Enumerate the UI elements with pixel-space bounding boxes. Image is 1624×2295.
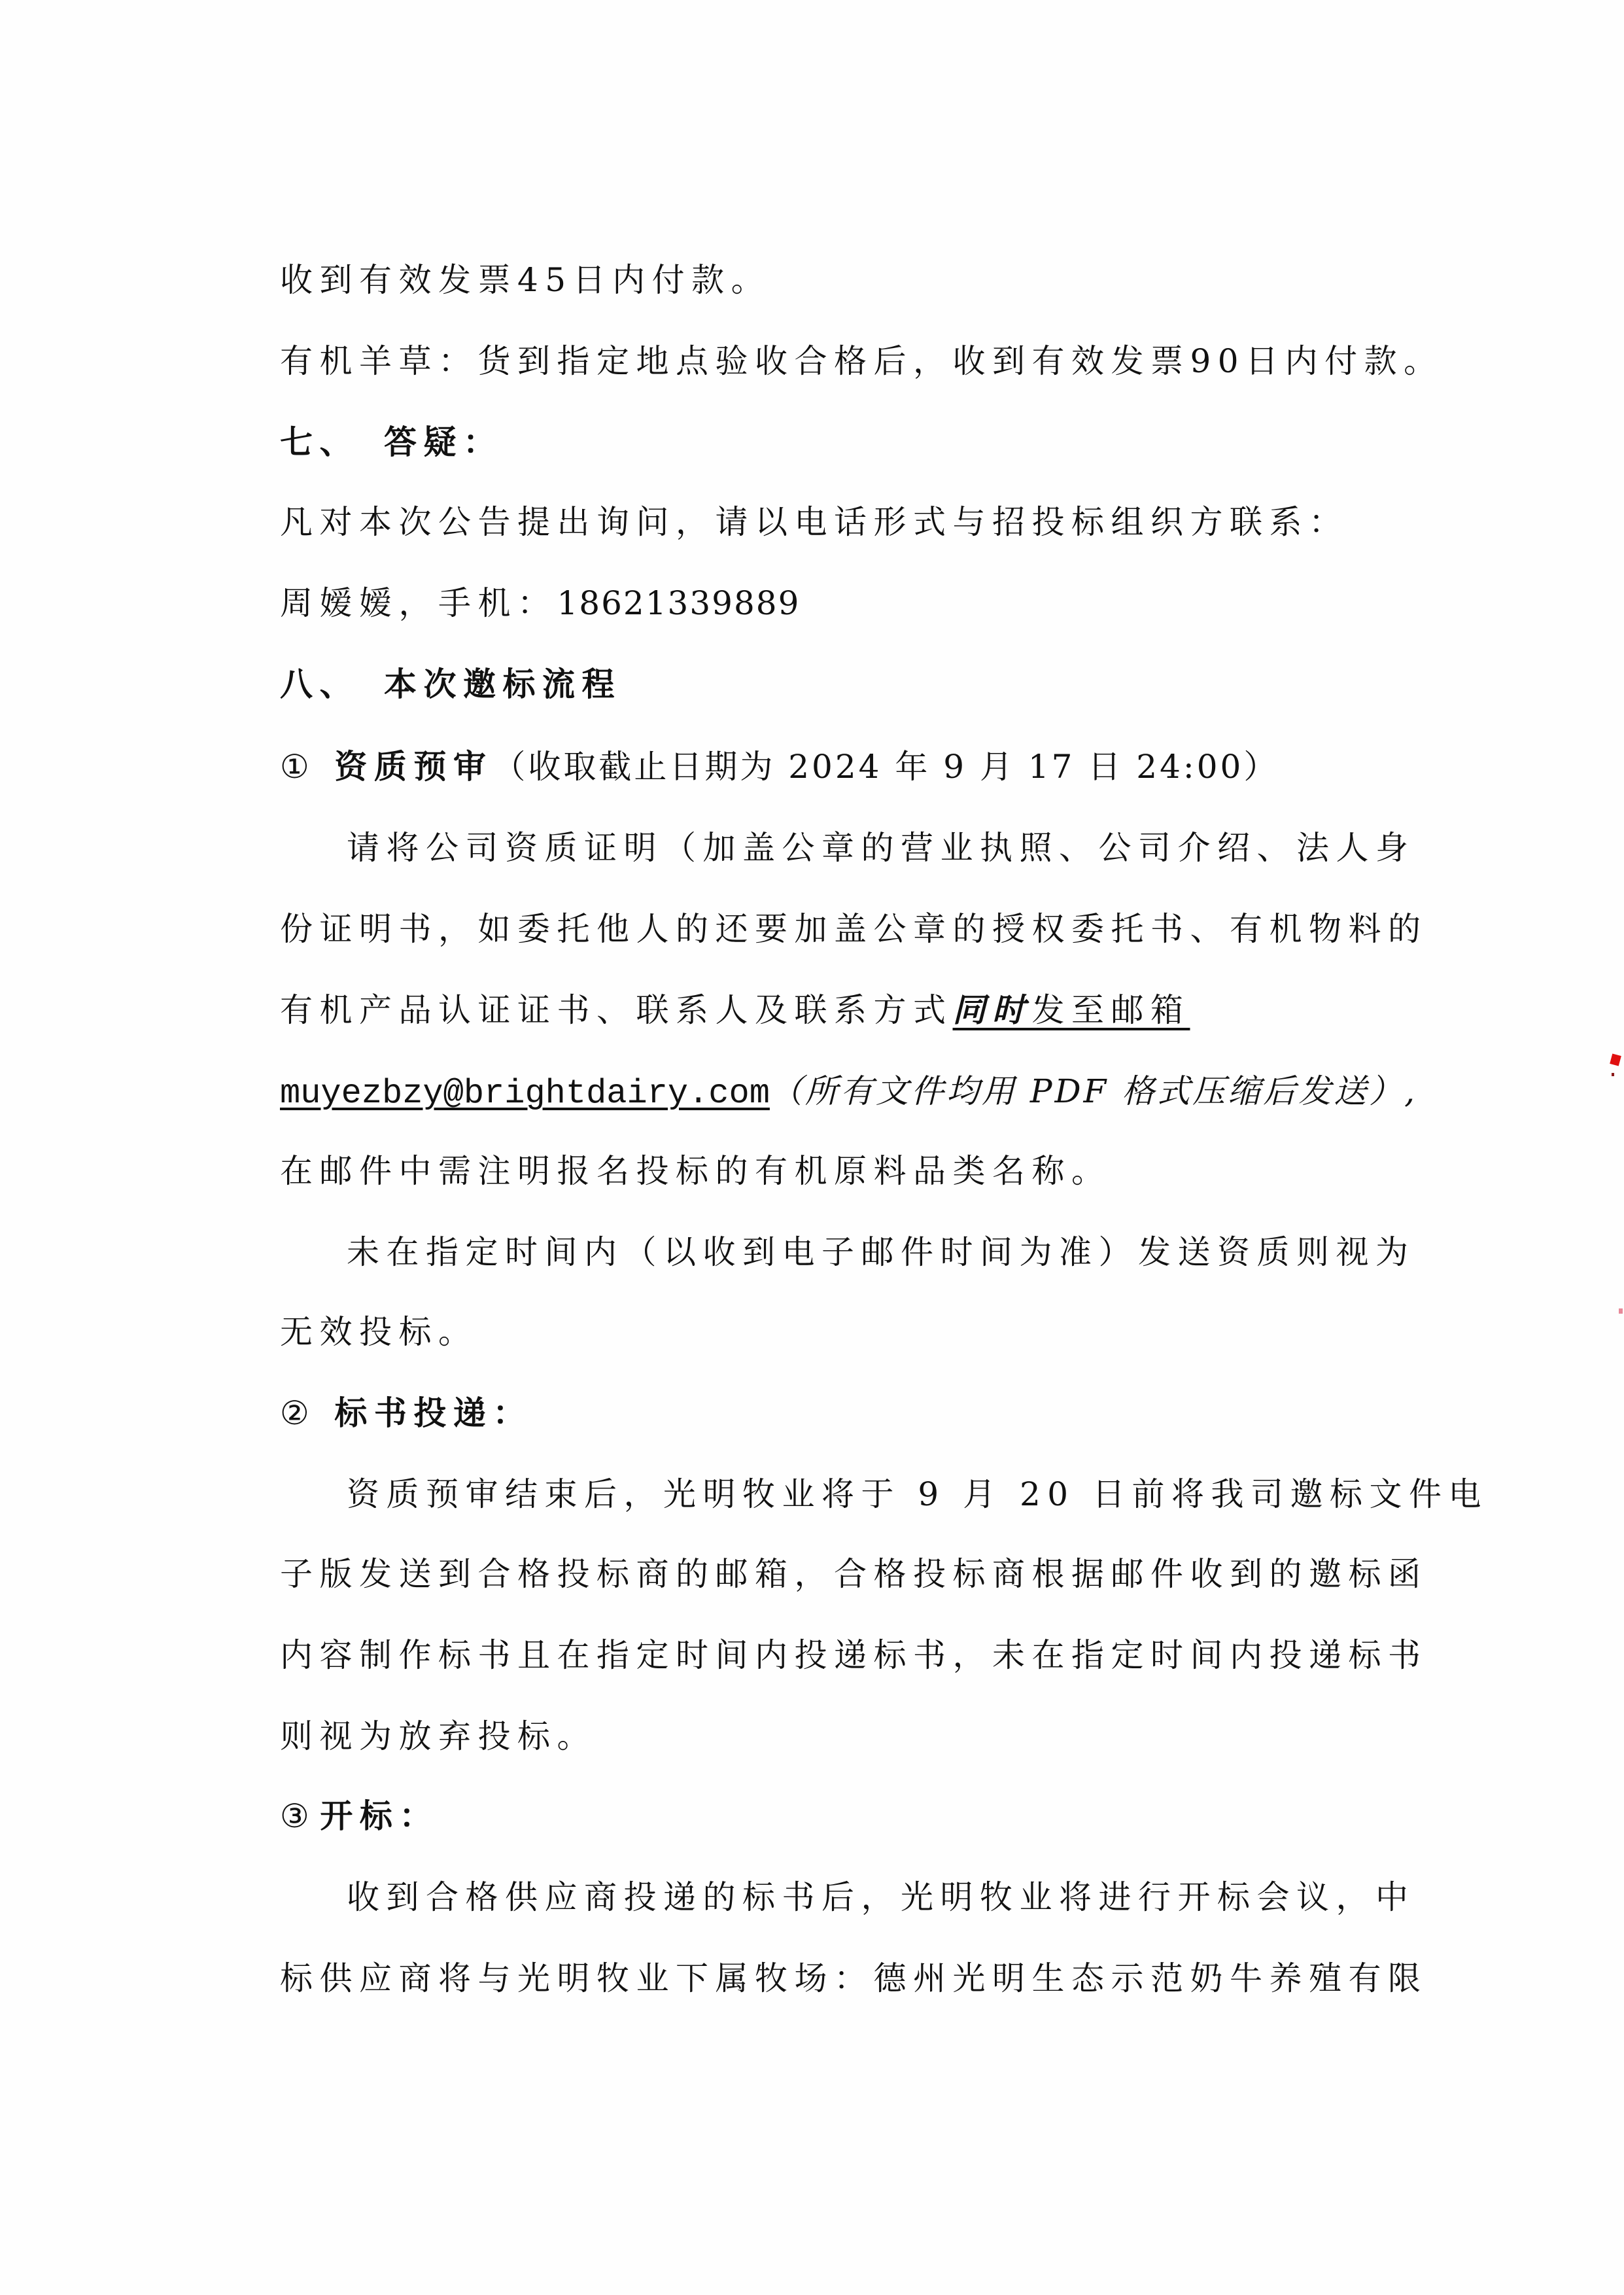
text: 收到合格供应商投递的标书后，光明牧业将进行开标会议，中 <box>347 1878 1415 1916</box>
payment-terms-organic-hay: 有机羊草：货到指定地点验收合格后，收到有效发票90日内付款。 <box>280 342 1443 381</box>
text: 无效投标。 <box>280 1313 478 1351</box>
step-1-heading: ①资质预审（收取截止日期为 2024 年 9 月 17 日 24:00） <box>280 747 1279 786</box>
text: 有机产品认证证书、联系人及联系方式 <box>280 991 953 1029</box>
emphasis-simultaneous: 同时 <box>953 990 1032 1029</box>
section-7-heading: 七、答疑： <box>280 423 503 462</box>
seal-fragment-faint <box>1619 1308 1623 1314</box>
step-1-para-2-line-1: 未在指定时间内（以收到电子邮件时间为准）发送资质则视为 <box>347 1233 1415 1272</box>
step-title: 开标： <box>320 1796 439 1835</box>
step-2-line-2: 子版发送到合格投标商的邮箱，合格投标商根据邮件收到的邀标函 <box>280 1554 1428 1594</box>
step-1-para-1-line-2: 份证明书，如委托他人的还要加盖公章的授权委托书、有机物料的 <box>280 909 1428 949</box>
section-title: 答疑： <box>384 423 503 461</box>
circled-number-3-icon: ③ <box>280 1796 316 1836</box>
circled-number-1-icon: ① <box>280 747 316 786</box>
contact-name: 周嫒嫒，手机： <box>280 584 557 622</box>
section-number: 七、 <box>280 423 359 461</box>
step-2-line-1: 资质预审结束后，光明牧业将于 9 月 20 日前将我司邀标文件电 <box>347 1475 1488 1514</box>
payment-terms-line-1: 收到有效发票45日内付款。 <box>280 260 770 300</box>
document-page: 收到有效发票45日内付款。 有机羊草：货到指定地点验收合格后，收到有效发票90日… <box>0 0 1624 2295</box>
email-note: （所有文件均用 PDF 格式压缩后发送）, <box>770 1072 1417 1110</box>
step-1-para-1-line-3: 有机产品认证证书、联系人及联系方式同时发至邮箱 <box>280 990 1190 1030</box>
step-1-para-1-line-1: 请将公司资质证明（加盖公章的营业执照、公司介绍、法人身 <box>347 828 1415 867</box>
step-2-heading: ②标书投递： <box>280 1393 532 1433</box>
text: 发至邮箱 <box>1032 991 1190 1029</box>
step-3-line-2: 标供应商将与光明牧业下属牧场：德州光明生态示范奶牛养殖有限 <box>280 1959 1428 1998</box>
text: 份证明书，如委托他人的还要加盖公章的授权委托书、有机物料的 <box>280 910 1428 948</box>
contact-line: 周嫒嫒，手机：18621339889 <box>280 584 800 623</box>
circled-number-2-icon: ② <box>280 1393 316 1433</box>
text: 标供应商将与光明牧业下属牧场：德州光明生态示范奶牛养殖有限 <box>280 1959 1428 1997</box>
step-title: 资质预审 <box>334 747 492 786</box>
contact-phone: 18621339889 <box>557 584 801 622</box>
text: 收到有效发票45日内付款。 <box>280 261 770 299</box>
text: 有机羊草：货到指定地点验收合格后，收到有效发票90日内付款。 <box>280 342 1443 380</box>
seal-fragment-mark <box>1610 1053 1621 1066</box>
step-1-para-1-line-5: 在邮件中需注明报名投标的有机原料品类名称。 <box>280 1151 1111 1191</box>
section-title: 本次邀标流程 <box>384 665 621 703</box>
text: 子版发送到合格投标商的邮箱，合格投标商根据邮件收到的邀标函 <box>280 1555 1428 1593</box>
step-1-para-2-line-2: 无效投标。 <box>280 1312 478 1352</box>
text: 在邮件中需注明报名投标的有机原料品类名称。 <box>280 1152 1111 1190</box>
section-number: 八、 <box>280 665 359 703</box>
email-line: muyezbzy@brightdairy.com（所有文件均用 PDF 格式压缩… <box>280 1072 1417 1113</box>
step-3-heading: ③开标： <box>280 1796 439 1836</box>
text: 则视为放弃投标。 <box>280 1717 596 1755</box>
deadline: （收取截止日期为 2024 年 9 月 17 日 24:00） <box>492 748 1279 786</box>
step-2-line-4: 则视为放弃投标。 <box>280 1717 596 1756</box>
text: 请将公司资质证明（加盖公章的营业执照、公司介绍、法人身 <box>347 829 1415 867</box>
step-2-line-3: 内容制作标书且在指定时间内投递标书，未在指定时间内投递标书 <box>280 1636 1428 1675</box>
step-3-line-1: 收到合格供应商投递的标书后，光明牧业将进行开标会议，中 <box>347 1878 1415 1917</box>
section-8-heading: 八、本次邀标流程 <box>280 665 621 704</box>
text: 内容制作标书且在指定时间内投递标书，未在指定时间内投递标书 <box>280 1636 1428 1674</box>
text: 凡对本次公告提出询问，请以电话形式与招投标组织方联系： <box>280 503 1349 541</box>
inquiry-instruction: 凡对本次公告提出询问，请以电话形式与招投标组织方联系： <box>280 502 1349 542</box>
step-title: 标书投递： <box>334 1393 532 1432</box>
seal-fragment-dot <box>1612 1073 1614 1076</box>
email-link[interactable]: muyezbzy@brightdairy.com <box>280 1074 770 1113</box>
text: 资质预审结束后，光明牧业将于 9 月 20 日前将我司邀标文件电 <box>347 1475 1488 1513</box>
text: 未在指定时间内（以收到电子邮件时间为准）发送资质则视为 <box>347 1233 1415 1271</box>
